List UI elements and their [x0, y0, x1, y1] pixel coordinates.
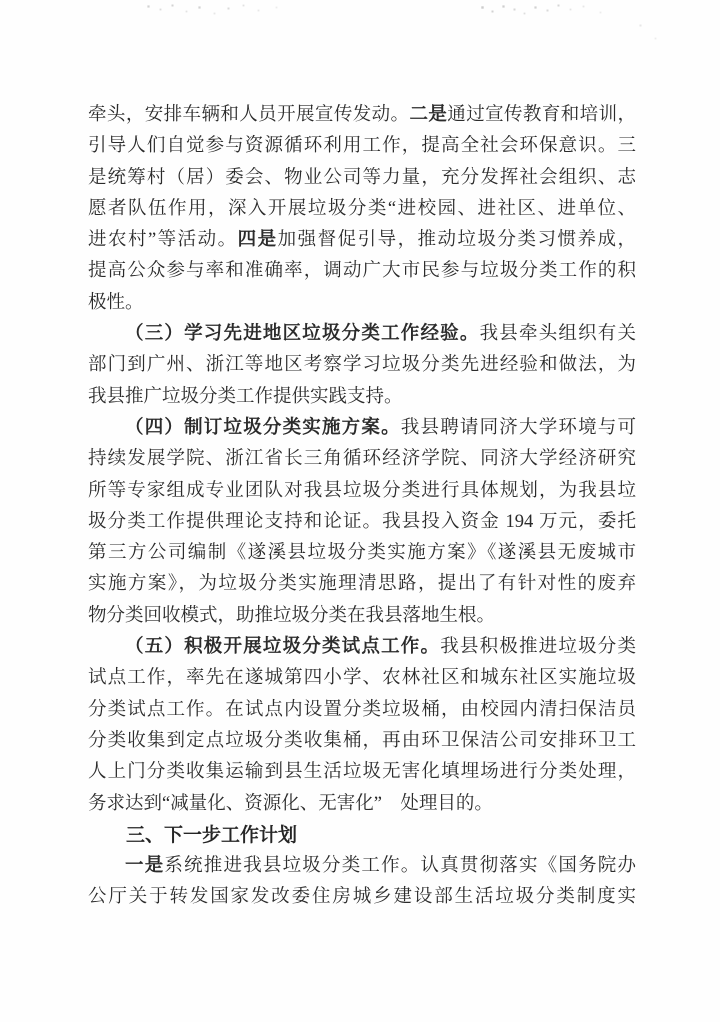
- scanned-document-page: 牵头，安排车辆和人员开展宣传发动。二是通过宣传教育和培训，引导人们自觉参与资源循…: [0, 0, 720, 1022]
- text-segment: 我县牵头组织有关: [480, 324, 636, 344]
- text-line: 分类收集到定点垃圾分类收集桶，再由环卫保洁公司安排环卫工: [88, 726, 636, 757]
- text-segment: （三）学习先进地区垃圾分类工作经验。: [125, 324, 480, 344]
- text-line: 持续发展学院、浙江省长三角循环经济学院、同济大学经济研究: [88, 444, 636, 475]
- text-segment: 加强督促引导，推动垃圾分类习惯养成，: [278, 230, 636, 250]
- text-segment: 引导人们自觉参与资源循环利用工作，提高全社会环保意识。三: [88, 136, 636, 156]
- text-segment: 系统推进我县垃圾分类工作。认真贯彻落实《国务院办: [164, 856, 636, 876]
- text-segment: 公厅关于转发国家发改委住房城乡建设部生活垃圾分类制度实: [88, 887, 636, 907]
- text-segment: 四是: [238, 230, 278, 250]
- text-segment: （四）制订垃圾分类实施方案。: [125, 418, 401, 438]
- text-segment: 我县推广垃圾分类工作提供实践支持。: [88, 387, 403, 407]
- section-heading: 三、下一步工作计划: [88, 820, 636, 851]
- text-block: 牵头，安排车辆和人员开展宣传发动。二是通过宣传教育和培训，引导人们自觉参与资源循…: [88, 100, 636, 914]
- scan-noise-speckles: [0, 0, 1, 1]
- text-segment: 一是: [125, 856, 164, 876]
- text-segment: 牵头，安排车辆和人员开展宣传发动。: [88, 105, 409, 125]
- text-line: 引导人们自觉参与资源循环利用工作，提高全社会环保意识。三: [88, 131, 636, 162]
- text-segment: 我县积极推进垃圾分类: [440, 637, 636, 657]
- text-line: 是统筹村（居）委会、物业公司等力量，充分发挥社会组织、志: [88, 163, 636, 194]
- text-line: 愿者队伍作用，深入开展垃圾分类“进校园、进社区、进单位、: [88, 194, 636, 225]
- text-segment: 分类试点工作。在试点内设置分类垃圾桶，由校园内清扫保洁员: [88, 700, 636, 720]
- text-line: 分类试点工作。在试点内设置分类垃圾桶，由校园内清扫保洁员: [88, 695, 636, 726]
- text-segment: 人上门分类收集运输到县生活垃圾无害化填埋场进行分类处理，: [88, 762, 636, 782]
- text-segment: 务求达到“减量化、资源化、无害化” 处理目的。: [88, 794, 493, 814]
- text-segment: 愿者队伍作用，深入开展垃圾分类“进校园、进社区、进单位、: [88, 199, 636, 219]
- text-segment: 实施方案》，为垃圾分类实施理清思路，提出了有针对性的废弃: [88, 574, 636, 594]
- text-segment: 部门到广州、浙江等地区考察学习垃圾分类先进经验和做法，为: [88, 355, 636, 375]
- text-segment: 所等专家组成专业团队对我县垃圾分类进行具体规划，为我县垃: [88, 481, 636, 501]
- text-segment: 试点工作，率先在遂城第四小学、农林社区和城东社区实施垃圾: [88, 668, 636, 688]
- text-line: 公厅关于转发国家发改委住房城乡建设部生活垃圾分类制度实: [88, 882, 636, 913]
- text-segment: 我县聘请同济大学环境与可: [401, 418, 636, 438]
- text-line: 部门到广州、浙江等地区考察学习垃圾分类先进经验和做法，为: [88, 350, 636, 381]
- text-line: 一是系统推进我县垃圾分类工作。认真贯彻落实《国务院办: [88, 851, 636, 882]
- text-segment: 物分类回收模式，助推垃圾分类在我县落地生根。: [88, 606, 495, 626]
- text-line: 极性。: [88, 288, 636, 319]
- text-line: （四）制订垃圾分类实施方案。我县聘请同济大学环境与可: [88, 413, 636, 444]
- text-segment: 进农村”等活动。: [88, 230, 238, 250]
- text-segment: 二是: [409, 105, 447, 125]
- text-line: 物分类回收模式，助推垃圾分类在我县落地生根。: [88, 601, 636, 632]
- text-line: 提高公众参与率和准确率，调动广大市民参与垃圾分类工作的积: [88, 256, 636, 287]
- text-segment: （五）积极开展垃圾分类试点工作。: [125, 637, 440, 657]
- text-line: 试点工作，率先在遂城第四小学、农林社区和城东社区实施垃圾: [88, 663, 636, 694]
- text-segment: 极性。: [88, 293, 144, 313]
- text-line: 实施方案》，为垃圾分类实施理清思路，提出了有针对性的废弃: [88, 569, 636, 600]
- text-line: 我县推广垃圾分类工作提供实践支持。: [88, 382, 636, 413]
- text-segment: 持续发展学院、浙江省长三角循环经济学院、同济大学经济研究: [88, 449, 636, 469]
- text-segment: 第三方公司编制《遂溪县垃圾分类实施方案》《遂溪县无废城市: [88, 543, 636, 563]
- text-line: 务求达到“减量化、资源化、无害化” 处理目的。: [88, 789, 636, 820]
- text-segment: 通过宣传教育和培训，: [447, 105, 636, 125]
- text-line: 第三方公司编制《遂溪县垃圾分类实施方案》《遂溪县无废城市: [88, 538, 636, 569]
- text-segment: 是统筹村（居）委会、物业公司等力量，充分发挥社会组织、志: [88, 168, 636, 188]
- text-line: （五）积极开展垃圾分类试点工作。我县积极推进垃圾分类: [88, 632, 636, 663]
- text-line: 牵头，安排车辆和人员开展宣传发动。二是通过宣传教育和培训，: [88, 100, 636, 131]
- text-line: 所等专家组成专业团队对我县垃圾分类进行具体规划，为我县垃: [88, 476, 636, 507]
- text-line: 圾分类工作提供理论支持和论证。我县投入资金 194 万元，委托: [88, 507, 636, 538]
- text-line: （三）学习先进地区垃圾分类工作经验。我县牵头组织有关: [88, 319, 636, 350]
- text-segment: 分类收集到定点垃圾分类收集桶，再由环卫保洁公司安排环卫工: [88, 731, 636, 751]
- text-line: 进农村”等活动。四是加强督促引导，推动垃圾分类习惯养成，: [88, 225, 636, 256]
- text-line: 人上门分类收集运输到县生活垃圾无害化填埋场进行分类处理，: [88, 757, 636, 788]
- text-segment: 三、下一步工作计划: [126, 825, 297, 846]
- text-segment: 圾分类工作提供理论支持和论证。我县投入资金 194 万元，委托: [88, 512, 636, 532]
- text-segment: 提高公众参与率和准确率，调动广大市民参与垃圾分类工作的积: [88, 261, 636, 281]
